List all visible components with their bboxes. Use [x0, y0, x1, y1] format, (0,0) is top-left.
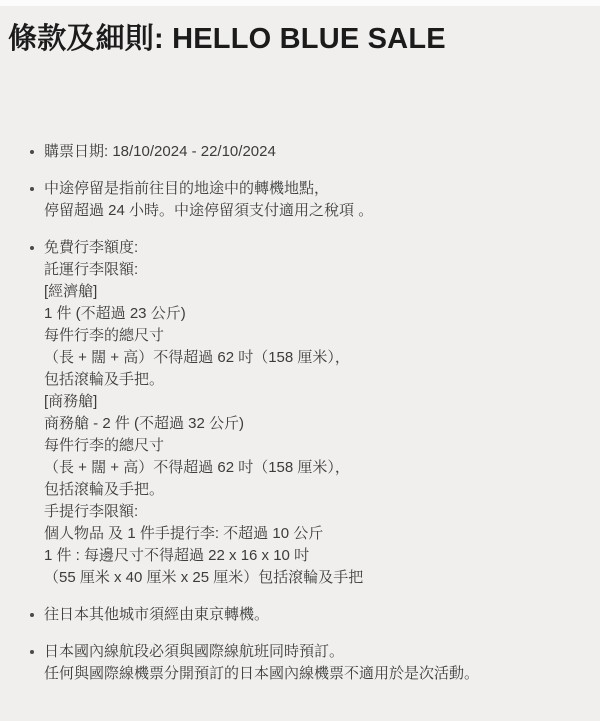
term-line: 停留超過 24 小時。中途停留須支付適用之稅項 。 [44, 200, 580, 222]
term-line: 1 件 (不超過 23 公斤) [44, 303, 580, 325]
term-line: 1 件 : 每邊尺寸不得超過 22 x 16 x 10 吋 [44, 545, 580, 567]
term-item: 免費行李額度:託運行李限額:[經濟艙]1 件 (不超過 23 公斤)每件行李的總… [44, 237, 580, 589]
term-line: [商務艙] [44, 391, 580, 413]
term-line: [經濟艙] [44, 281, 580, 303]
term-item: 日本國內線航段必須與國際線航班同時預訂。任何與國際線機票分開預訂的日本國內線機票… [44, 641, 580, 685]
top-strip [0, 0, 600, 6]
term-line: 每件行李的總尺寸 [44, 325, 580, 347]
term-item: 中途停留是指前往目的地途中的轉機地點，停留超過 24 小時。中途停留須支付適用之… [44, 178, 580, 222]
term-line: 每件行李的總尺寸 [44, 435, 580, 457]
term-line: （55 厘米 x 40 厘米 x 25 厘米）包括滾輪及手把 [44, 567, 580, 589]
term-line: 手提行李限額: [44, 501, 580, 523]
term-line: 個人物品 及 1 件手提行李: 不超過 10 公斤 [44, 523, 580, 545]
terms-list: 購票日期: 18/10/2024 - 22/10/2024中途停留是指前往目的地… [0, 141, 600, 685]
term-line: 購票日期: 18/10/2024 - 22/10/2024 [44, 141, 580, 163]
term-line: 託運行李限額: [44, 259, 580, 281]
page-title: 條款及細則: HELLO BLUE SALE [8, 20, 600, 58]
term-line: 免費行李額度: [44, 237, 580, 259]
term-line: 任何與國際線機票分開預訂的日本國內線機票不適用於是次活動。 [44, 663, 580, 685]
term-line: 包括滾輪及手把。 [44, 479, 580, 501]
term-item: 往日本其他城市須經由東京轉機。 [44, 604, 580, 626]
term-line: 日本國內線航段必須與國際線航班同時預訂。 [44, 641, 580, 663]
term-line: （長 + 闊 + 高）不得超過 62 吋（158 厘米）， [44, 347, 580, 369]
term-line: 包括滾輪及手把。 [44, 369, 580, 391]
term-line: 中途停留是指前往目的地途中的轉機地點， [44, 178, 580, 200]
term-line: 往日本其他城市須經由東京轉機。 [44, 604, 580, 626]
term-item: 購票日期: 18/10/2024 - 22/10/2024 [44, 141, 580, 163]
term-line: （長 + 闊 + 高）不得超過 62 吋（158 厘米）， [44, 457, 580, 479]
term-line: 商務艙 - 2 件 (不超過 32 公斤) [44, 413, 580, 435]
